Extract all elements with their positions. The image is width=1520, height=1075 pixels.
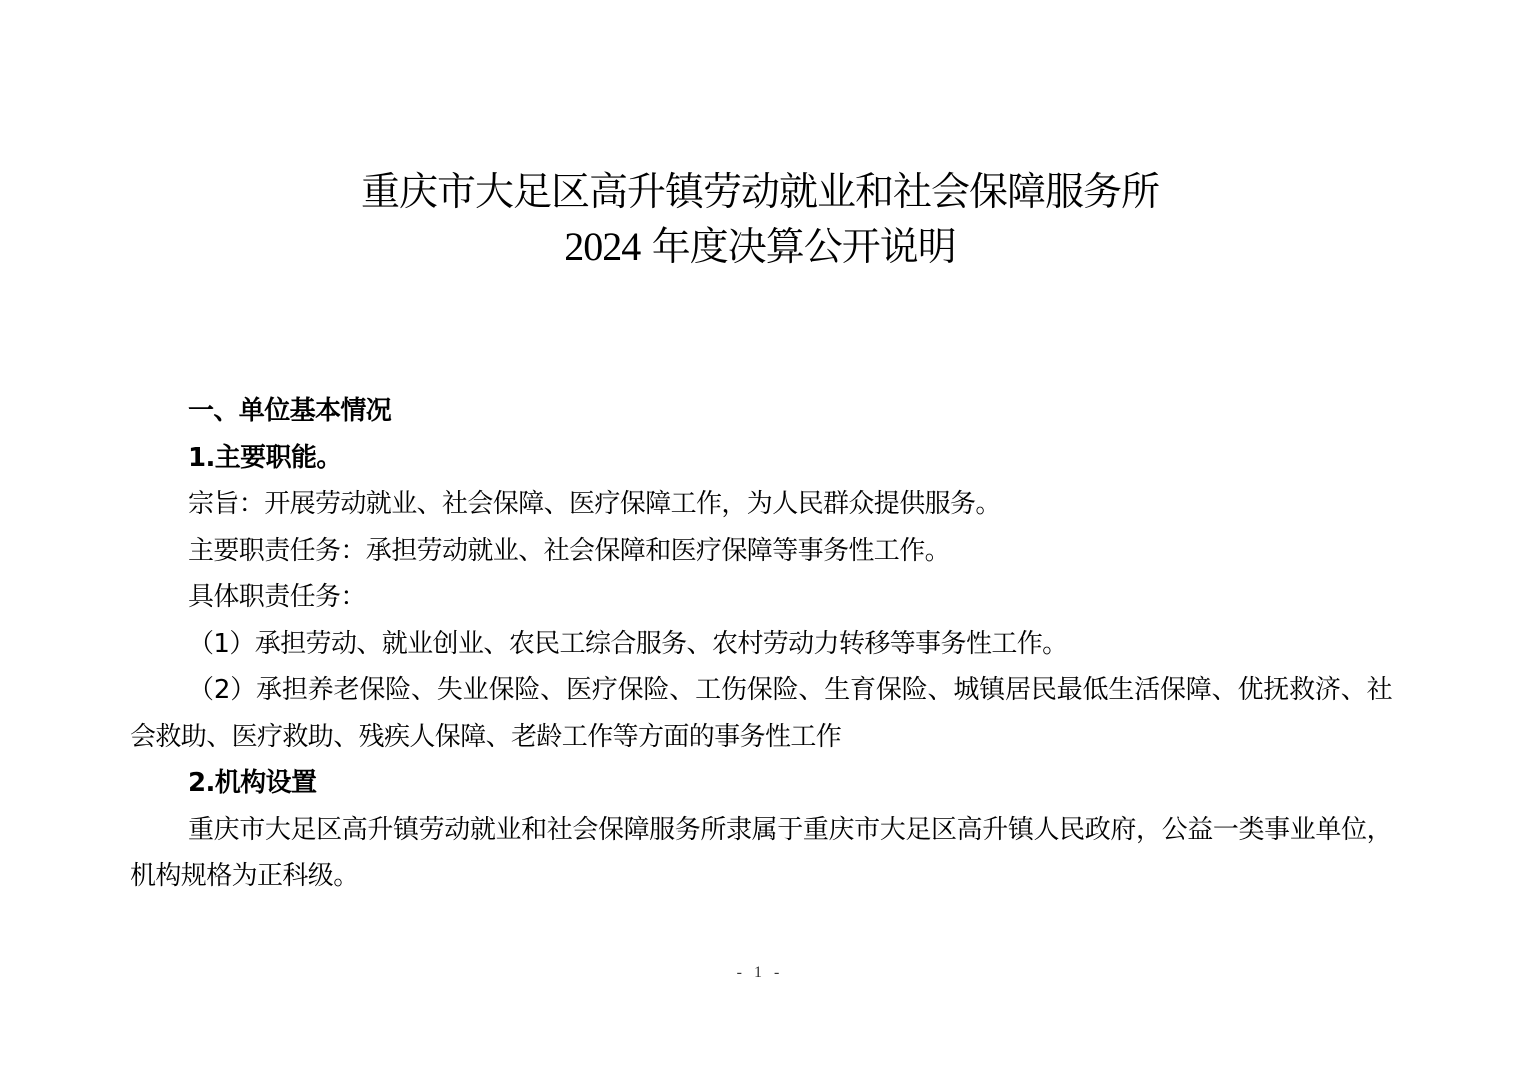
title-line-1: 重庆市大足区高升镇劳动就业和社会保障服务所 — [0, 166, 1520, 220]
document-page: 重庆市大足区高升镇劳动就业和社会保障服务所 2024 年度决算公开说明 一、单位… — [0, 0, 1520, 1075]
paragraph-duty-1: （1）承担劳动、就业创业、农民工综合服务、农村劳动力转移等事务性工作。 — [130, 621, 1392, 668]
paragraph-duty-2: （2）承担养老保险、失业保险、医疗保险、工伤保险、生育保险、城镇居民最低生活保障… — [130, 667, 1392, 760]
page-number: - 1 - — [0, 964, 1520, 982]
paragraph-main-duties: 主要职责任务：承担劳动就业、社会保障和医疗保障等事务性工作。 — [130, 528, 1392, 575]
paragraph-organization: 重庆市大足区高升镇劳动就业和社会保障服务所隶属于重庆市大足区高升镇人民政府，公益… — [130, 807, 1392, 900]
document-title: 重庆市大足区高升镇劳动就业和社会保障服务所 2024 年度决算公开说明 — [0, 166, 1520, 274]
paragraph-purpose: 宗旨：开展劳动就业、社会保障、医疗保障工作，为人民群众提供服务。 — [130, 481, 1392, 528]
section-heading: 一、单位基本情况 — [130, 388, 1392, 435]
document-body: 一、单位基本情况 1.主要职能。 宗旨：开展劳动就业、社会保障、医疗保障工作，为… — [130, 388, 1392, 900]
title-line-2-text: 年度决算公开说明 — [640, 225, 955, 270]
subsection-heading-organization: 2.机构设置 — [130, 760, 1392, 807]
subsection-heading-functions: 1.主要职能。 — [130, 435, 1392, 482]
title-year: 2024 — [564, 224, 640, 269]
paragraph-specific-duties-label: 具体职责任务： — [130, 574, 1392, 621]
title-line-2: 2024 年度决算公开说明 — [0, 220, 1520, 274]
